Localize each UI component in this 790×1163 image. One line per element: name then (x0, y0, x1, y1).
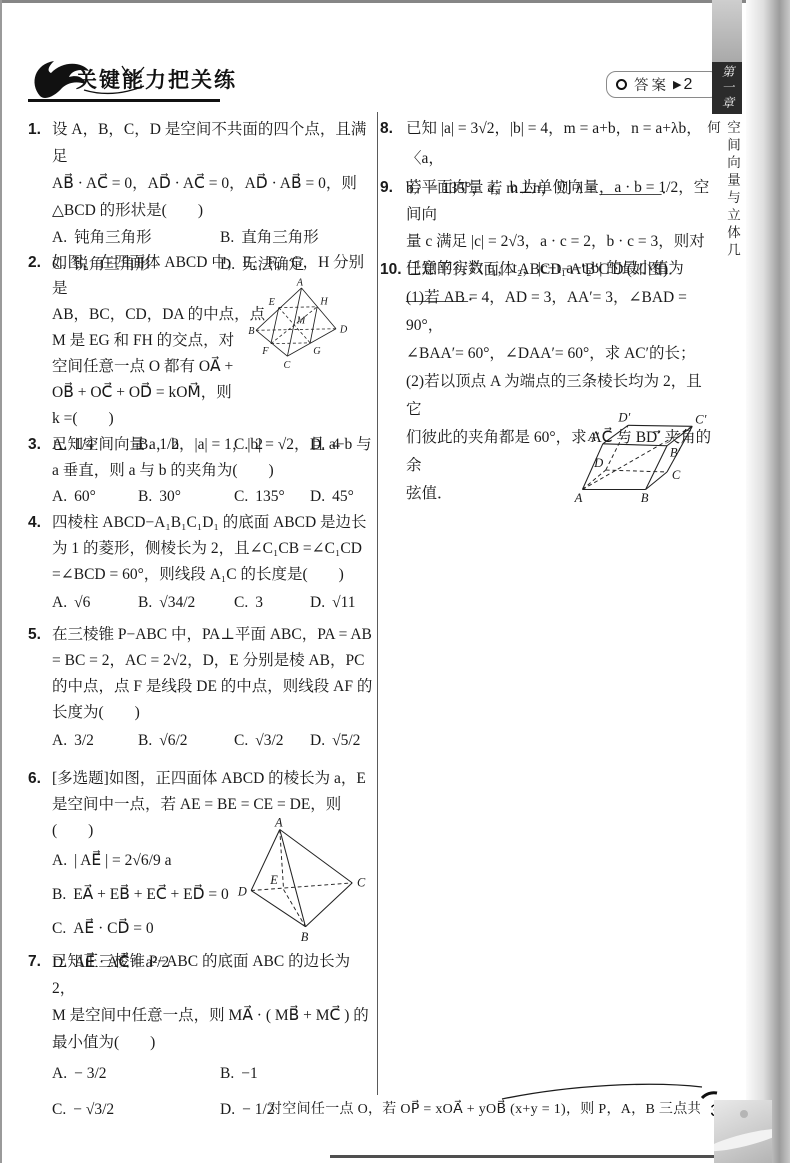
vertex-label-a: A (296, 278, 304, 289)
option-c: C.3 (234, 588, 310, 618)
option-label: A. (52, 852, 74, 869)
question-number: 4. (28, 510, 41, 536)
option-text: −1 (241, 1065, 258, 1082)
scan-edge-bottom (330, 1155, 748, 1158)
option-text: − 3/2 (74, 1065, 106, 1082)
option-label: D. (220, 1101, 242, 1118)
vertex-label-h: H (319, 296, 328, 307)
option-label: B. (138, 594, 159, 611)
question-line: = BC = 2，AC = 2√2，D，E 分别是棱 AB，PC (52, 648, 376, 674)
play-arrow-icon: ▶ (673, 78, 681, 91)
question-line: k =( ) (52, 406, 376, 432)
vertex-label-c: C (357, 876, 366, 890)
option-label: D. (310, 488, 332, 505)
question-line: (1)若 AB = 4，AD = 3，AA′= 3，∠BAD = 90°， (406, 284, 714, 340)
option-b: B.直角三角形 (220, 224, 376, 251)
answer-label: 答案 (634, 74, 669, 95)
option-a: A.3/2 (52, 726, 138, 756)
option-label: A. (52, 229, 74, 246)
option-a: A.钝角三角形 (52, 224, 220, 251)
option-d: D.45° (310, 484, 376, 510)
vertex-label-b: B (301, 930, 309, 944)
page-title: 关键能力把关练 (76, 64, 237, 94)
vertex-label-a: A (274, 816, 283, 830)
vertex-label-f: F (261, 346, 269, 357)
option-label: B. (138, 732, 159, 749)
chapter-subtitle: 空间向量与立体几何 (712, 120, 742, 270)
option-d: D.√11 (310, 588, 376, 618)
question-line: M 是空间中任意一点，则 MA⃗ · ( MB⃗ + MC⃗ ) 的 (52, 1002, 376, 1029)
option-label: C. (234, 594, 255, 611)
vertex-label-d: D (339, 325, 348, 336)
question-number: 10. (380, 256, 402, 284)
question-line: 设 A，B，C，D 是空间不共面的四个点，且满足 (52, 116, 376, 170)
answer-reference-badge: 答案 ▶ 2 (606, 71, 720, 98)
option-label: B. (52, 886, 73, 903)
title-underline (28, 99, 220, 102)
option-label: A. (52, 1065, 74, 1082)
option-text: 3/2 (74, 732, 94, 749)
option-text: AE⃗ · CD⃗ = 0 (73, 920, 153, 937)
vertex-label-c-prime: C′ (695, 412, 706, 426)
option-text: √34/2 (159, 594, 195, 611)
question-line: 已知 |a| = 3√2，|b| = 4，m = a+b，n = a+λb，〈a… (406, 114, 714, 174)
vertex-label-g: G (313, 346, 321, 357)
vertex-label-d: D (593, 456, 603, 470)
decor-dot (740, 1110, 748, 1118)
question-line: 最小值为( ) (52, 1029, 376, 1056)
option-label: D. (310, 732, 332, 749)
option-label: D. (310, 594, 332, 611)
question-number: 2. (28, 250, 41, 276)
point-label-m: M (296, 315, 306, 326)
question-number: 5. (28, 622, 41, 648)
question-line: △BCD 的形状是( ) (52, 197, 376, 224)
question-number: 9. (380, 174, 393, 201)
vertex-label-c: C (283, 360, 290, 371)
option-text: EA⃗ + EB⃗ + EC⃗ + ED⃗ = 0 (73, 886, 229, 903)
option-text: √6 (74, 594, 90, 611)
option-text: √6/2 (159, 732, 187, 749)
option-b: B.√34/2 (138, 588, 234, 618)
scan-edge-right (746, 0, 790, 1163)
question-number: 1. (28, 116, 41, 143)
option-b: B.30° (138, 484, 234, 510)
options-row: A.3/2 B.√6/2 C.√3/2 D.√5/2 (52, 726, 376, 756)
option-label: C. (52, 920, 73, 937)
option-c: C.√3/2 (234, 726, 310, 756)
scan-edge-left (0, 0, 2, 1163)
option-text: √11 (332, 594, 355, 611)
figure-regular-tetrahedron: A B C D E (234, 816, 377, 945)
corner-decoration (714, 1100, 772, 1163)
vertex-label-a-prime: A′ (587, 430, 599, 444)
question-line: 的中点，点 F 是线段 DE 的中点，则线段 AF 的 (52, 674, 376, 700)
question-line: 量 c 满足 |c| = 2√3，a · c = 2，b · c = 3，则对 (406, 228, 714, 255)
option-text: √5/2 (332, 732, 360, 749)
figure-parallelepiped: A B C D A′ B′ C′ D′ (563, 400, 736, 509)
chapter-tab: 第一章 (712, 62, 742, 114)
option-b: B.−1 (220, 1056, 376, 1092)
question-5: 5. 在三棱锥 P−ABC 中，PA⊥平面 ABC，PA = AB = BC =… (28, 622, 376, 756)
question-line: 为 1 的菱形，侧棱长为 2，且∠C₁CB =∠C₁CD (52, 536, 376, 562)
option-label: A. (52, 488, 74, 505)
option-text: 3 (255, 594, 263, 611)
option-text: √3/2 (255, 732, 283, 749)
question-line: 若平面向量 a，b 为单位向量，a · b = 1/2，空间向 (406, 174, 714, 228)
option-c: C.− √3/2 (52, 1092, 220, 1128)
circle-bullet-icon (616, 79, 627, 90)
question-number: 3. (28, 432, 41, 458)
option-label: B. (220, 1065, 241, 1082)
question-line: 在三棱锥 P−ABC 中，PA⊥平面 ABC，PA = AB (52, 622, 376, 648)
option-b: B.√6/2 (138, 726, 234, 756)
decor-slash (714, 1125, 772, 1156)
options-row: A.60° B.30° C.135° D.45° (52, 484, 376, 510)
option-text: 直角三角形 (241, 229, 319, 246)
figure-tetrahedron-efgh: A B C D E F G H M (248, 277, 366, 375)
footer-note: 对空间任一点 O，若 OP⃗ = xOA⃗ + yOB⃗ (x+y = 1)，则… (268, 1098, 730, 1118)
question-line: AB⃗ · AC⃗ = 0，AD⃗ · AC⃗ = 0，AD⃗ · AB⃗ = … (52, 170, 376, 197)
vertex-label-d-prime: D′ (617, 410, 630, 424)
option-label: B. (138, 488, 159, 505)
option-label: A. (52, 594, 74, 611)
option-text: 钝角三角形 (74, 229, 152, 246)
option-text: | AE⃗ | = 2√6/9 a (74, 852, 171, 869)
question-number: 7. (28, 948, 41, 975)
question-number: 8. (380, 114, 393, 144)
option-a: A.√6 (52, 588, 138, 618)
option-c: C.135° (234, 484, 310, 510)
option-label: A. (52, 732, 74, 749)
vertex-label-b: B (248, 326, 254, 337)
workbook-page: 关键能力把关练 答案 ▶ 2 第一章 空间向量与立体几何 1. 设 A，B，C，… (0, 0, 790, 1163)
question-line: 已知正三棱锥 P−ABC 的底面 ABC 的边长为 2， (52, 948, 376, 1002)
question-3: 3. 已知空间向量 a，b，|a| = 1，|b| = √2，且 a−b 与 a… (28, 432, 376, 510)
question-line: ∠BAA′= 60°，∠DAA′= 60°，求 AC′的长； (406, 340, 714, 368)
question-line: 长度为( ) (52, 700, 376, 726)
question-4: 4. 四棱柱 ABCD−A₁B₁C₁D₁ 的底面 ABCD 是边长 为 1 的菱… (28, 510, 376, 618)
question-line: =∠BCD = 60°，则线段 A₁C 的长度是( ) (52, 562, 376, 588)
question-line: 已知空间向量 a，b，|a| = 1，|b| = √2，且 a−b 与 (52, 432, 376, 458)
question-line: 四棱柱 ABCD−A₁B₁C₁D₁ 的底面 ABCD 是边长 (52, 510, 376, 536)
sidebar-gray-bar (712, 0, 742, 62)
question-line: OB⃗ + OC⃗ + OD⃗ = kOM⃗，则 (52, 380, 376, 406)
question-line: [多选题]如图，正四面体 ABCD 的棱长为 a，E (52, 766, 376, 792)
vertex-label-a: A (574, 491, 583, 505)
option-text: 60° (74, 488, 96, 505)
option-label: C. (234, 732, 255, 749)
question-number: 6. (28, 766, 41, 792)
question-line: 已知平行六面体 ABCD−A′B′C′D′(如图)． (406, 256, 714, 284)
option-d: D.√5/2 (310, 726, 376, 756)
option-a: A.60° (52, 484, 138, 510)
option-label: C. (52, 1101, 73, 1118)
vertex-label-b-prime: B′ (670, 445, 681, 459)
column-divider (377, 112, 378, 1095)
scan-edge-top (0, 0, 790, 3)
vertex-label-b: B (641, 491, 649, 505)
point-label-e: E (269, 873, 278, 887)
option-text: − √3/2 (73, 1101, 114, 1118)
option-a: A.− 3/2 (52, 1056, 220, 1092)
option-label: B. (220, 229, 241, 246)
option-label: C. (234, 488, 255, 505)
question-line: a 垂直，则 a 与 b 的夹角为( ) (52, 458, 376, 484)
option-text: 135° (255, 488, 284, 505)
vertex-label-d: D (237, 884, 247, 898)
options-row: A.√6 B.√34/2 C.3 D.√11 (52, 588, 376, 618)
option-text: 45° (332, 488, 354, 505)
vertex-label-c: C (672, 468, 681, 482)
vertex-label-e: E (268, 297, 276, 308)
option-text: 30° (159, 488, 181, 505)
answer-page-number: 2 (683, 76, 692, 94)
